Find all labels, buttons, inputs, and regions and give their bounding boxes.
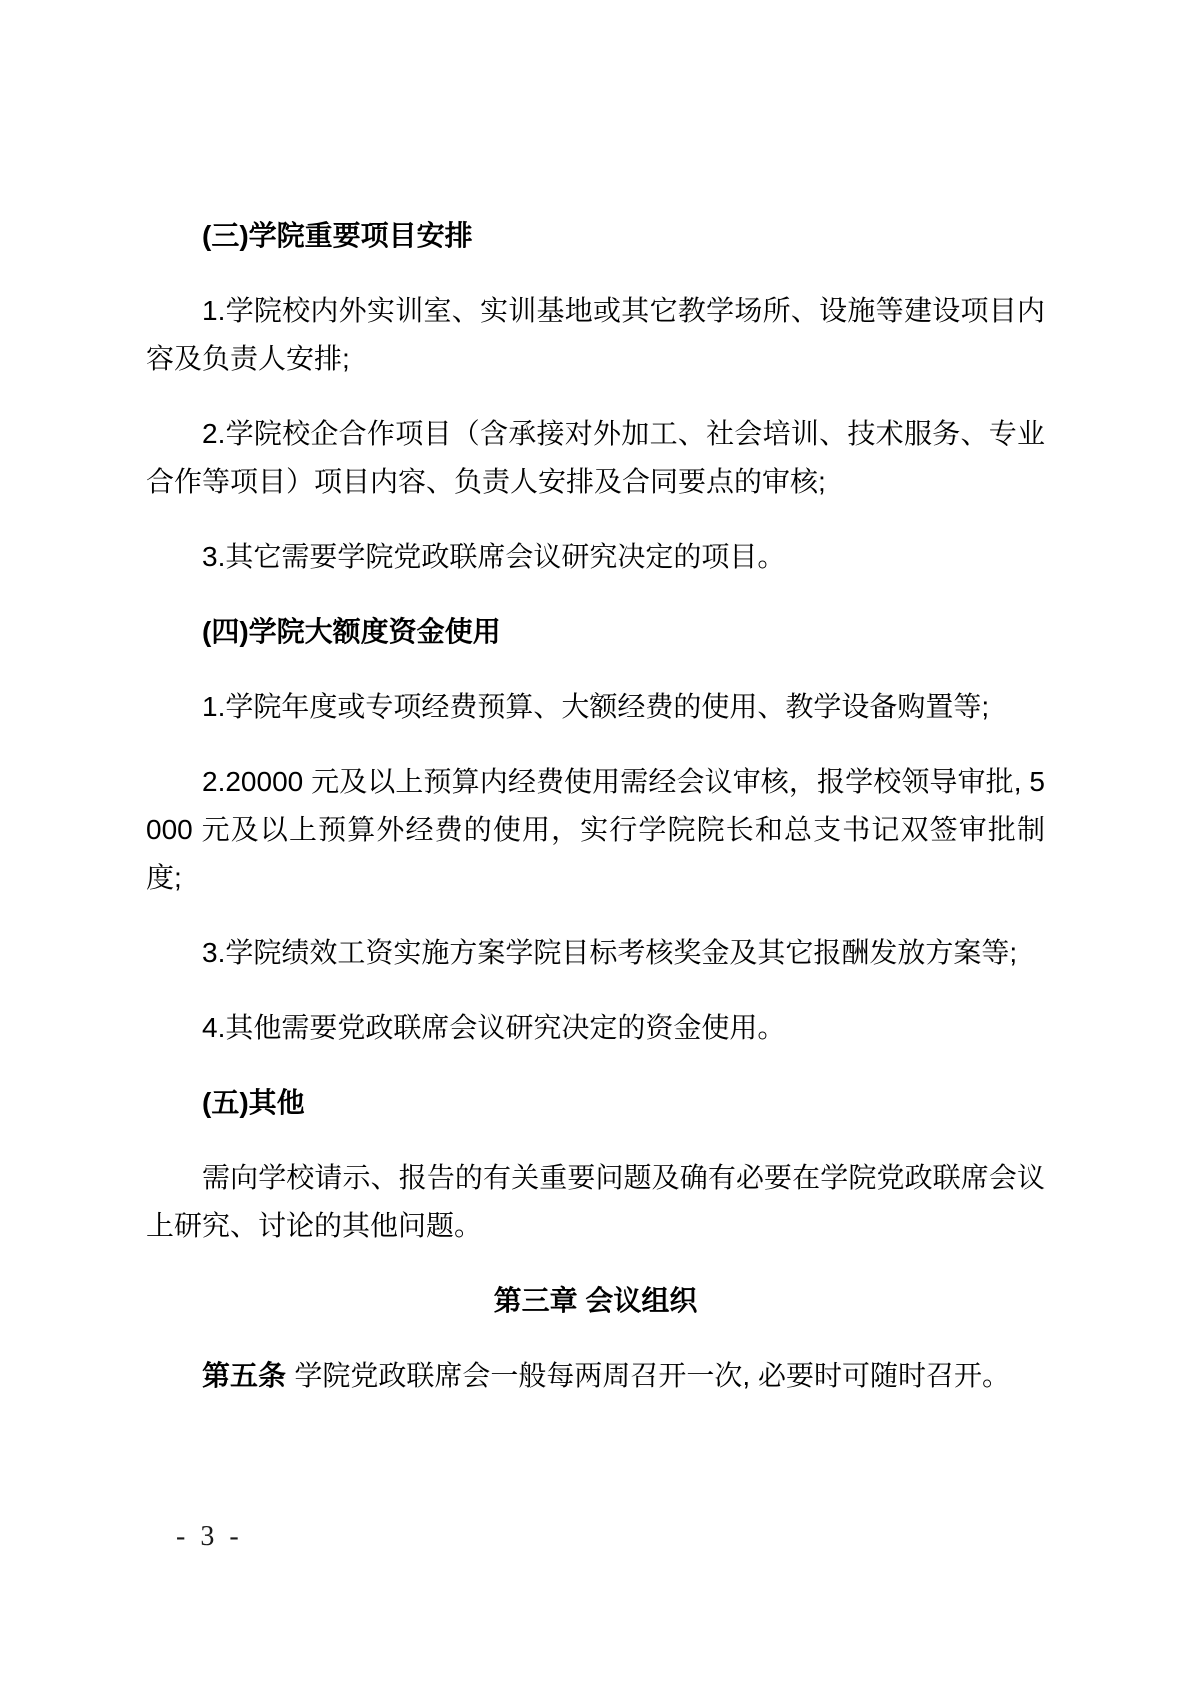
document-page: (三)学院重要项目安排 1.学院校内外实训室、实训基地或其它教学场所、设施等建设… (0, 0, 1191, 1684)
paragraph-5-1: 需向学校请示、报告的有关重要问题及确有必要在学院党政联席会议上研究、讨论的其他问… (146, 1154, 1045, 1250)
paragraph-4-2: 2.20000 元及以上预算内经费使用需经会议审核，报学校领导审批, 5000 … (146, 758, 1045, 902)
article-text: 学院党政联席会一般每两周召开一次, 必要时可随时召开。 (294, 1360, 1010, 1391)
article-number-label: 第五条 (202, 1360, 286, 1391)
paragraph-3-3: 3.其它需要学院党政联席会议研究决定的项目。 (146, 533, 1045, 581)
section-heading-5: (五)其他 (146, 1079, 1045, 1127)
paragraph-3-1: 1.学院校内外实训室、实训基地或其它教学场所、设施等建设项目内容及负责人安排; (146, 287, 1045, 383)
paragraph-4-3: 3.学院绩效工资实施方案学院目标考核奖金及其它报酬发放方案等; (146, 929, 1045, 977)
section-heading-4: (四)学院大额度资金使用 (146, 608, 1045, 656)
document-content: (三)学院重要项目安排 1.学院校内外实训室、实训基地或其它教学场所、设施等建设… (146, 212, 1045, 1427)
section-heading-3: (三)学院重要项目安排 (146, 212, 1045, 260)
chapter-heading: 第三章 会议组织 (146, 1277, 1045, 1325)
paragraph-3-2: 2.学院校企合作项目（含承接对外加工、社会培训、技术服务、专业合作等项目）项目内… (146, 410, 1045, 506)
page-number: - 3 - (176, 1520, 243, 1554)
paragraph-4-4: 4.其他需要党政联席会议研究决定的资金使用。 (146, 1004, 1045, 1052)
article-paragraph: 第五条学院党政联席会一般每两周召开一次, 必要时可随时召开。 (146, 1352, 1045, 1400)
paragraph-4-1: 1.学院年度或专项经费预算、大额经费的使用、教学设备购置等; (146, 683, 1045, 731)
